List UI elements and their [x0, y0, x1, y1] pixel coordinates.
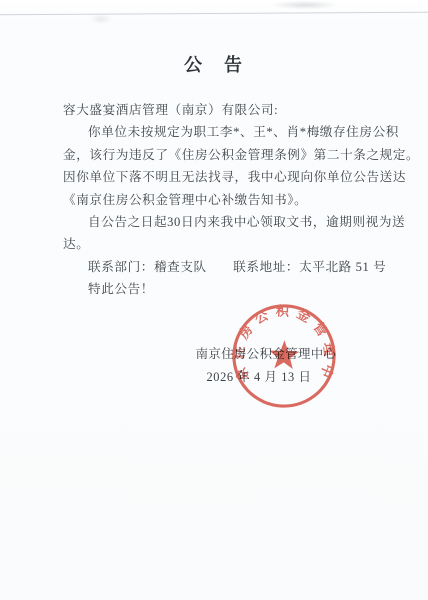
signature-block: 南京住房公积金管理中心 2026 年 4 月 13 日	[176, 346, 356, 387]
body-line: 自公告之日起30日内来我中心领取文书，逾期则视为送	[63, 211, 403, 233]
body-line: 因你单位下落不明且无法找寻，我中心现向你单位公告送达	[63, 166, 403, 188]
body-line: 《南京住房公积金管理中心补缴告知书》。	[63, 189, 403, 211]
scan-edge-line	[0, 12, 428, 16]
issue-date: 2026 年 4 月 13 日	[176, 367, 342, 387]
scanned-document-page: 公 告 容大盛宴酒店管理（南京）有限公司: 你单位未按规定为职工李*、王*、肖*…	[0, 0, 428, 600]
body-line: 金，该行为违反了《住房公积金管理条例》第二十条之规定。	[63, 144, 403, 166]
issuer-name: 南京住房公积金管理中心	[176, 346, 356, 366]
page-title: 公 告	[0, 51, 428, 77]
recipient-line: 容大盛宴酒店管理（南京）有限公司:	[63, 99, 403, 121]
body-line: 你单位未按规定为职工李*、王*、肖*梅缴存住房公积	[63, 121, 403, 143]
scan-smudge	[270, 1, 340, 9]
closing-line: 特此公告！	[63, 278, 403, 300]
document-body: 容大盛宴酒店管理（南京）有限公司: 你单位未按规定为职工李*、王*、肖*梅缴存住…	[63, 99, 403, 301]
contact-line: 联系部门：稽查支队 联系地址：太平北路 51 号	[63, 256, 403, 278]
body-line: 达。	[63, 233, 403, 255]
scan-smudge	[90, 14, 112, 24]
